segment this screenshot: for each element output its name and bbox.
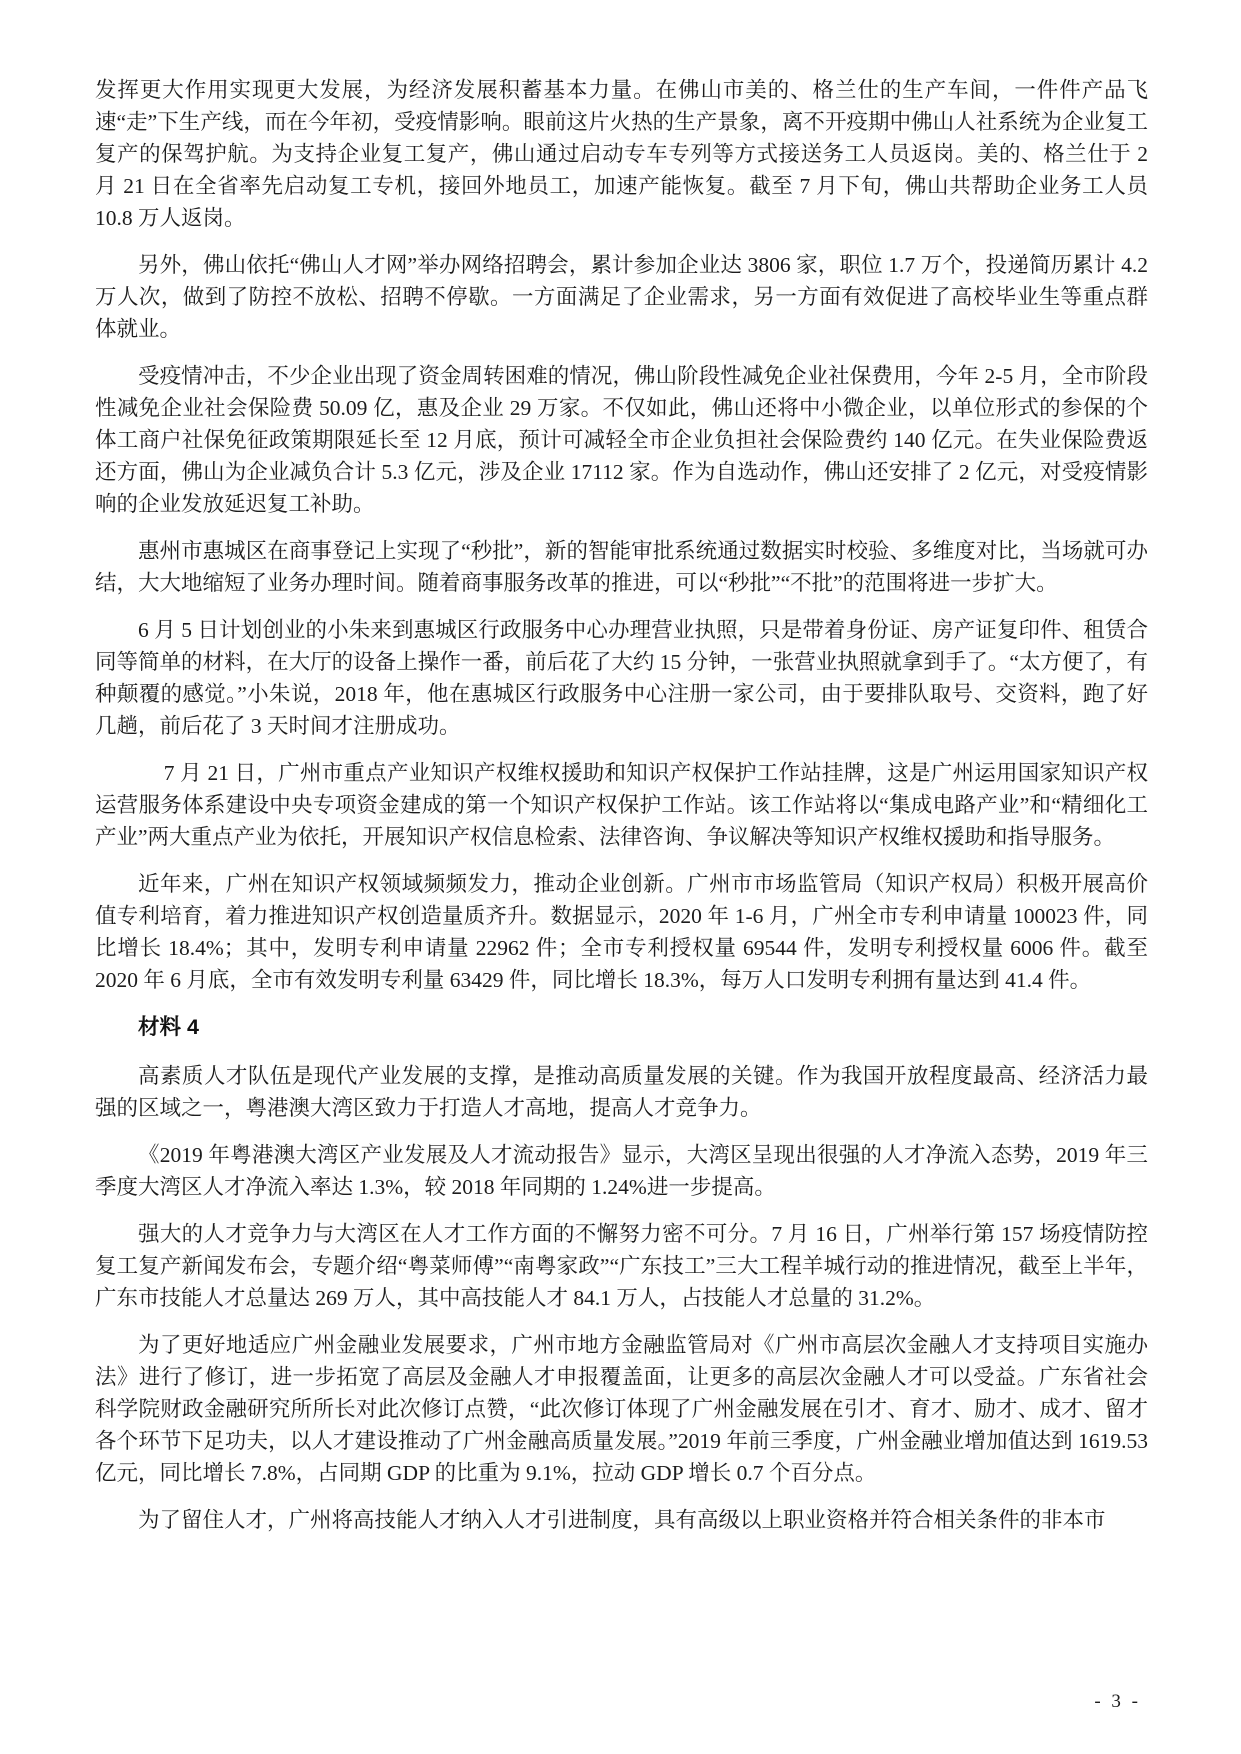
document-text-block: 发挥更大作用实现更大发展，为经济发展积蓄基本力量。在佛山市美的、格兰仕的生产车间… — [95, 74, 1148, 1536]
paragraph-foshan-return-to-work: 发挥更大作用实现更大发展，为经济发展积蓄基本力量。在佛山市美的、格兰仕的生产车间… — [95, 74, 1148, 234]
page-number: - 3 - — [1094, 1686, 1141, 1718]
paragraph-foshan-online-job-fair: 另外，佛山依托“佛山人才网”举办网络招聘会，累计参加企业达 3806 家，职位 … — [95, 249, 1148, 345]
document-page: 发挥更大作用实现更大发展，为经济发展积蓄基本力量。在佛山市美的、格兰仕的生产车间… — [0, 0, 1241, 1754]
heading-material-4: 材料 4 — [95, 1011, 1148, 1043]
paragraph-xiaozhu-business-license: 6 月 5 日计划创业的小朱来到惠城区行政服务中心办理营业执照，只是带着身份证、… — [95, 614, 1148, 742]
paragraph-foshan-social-insurance-relief: 受疫情冲击，不少企业出现了资金周转困难的情况，佛山阶段性减免企业社保费用，今年 … — [95, 360, 1148, 520]
paragraph-financial-talent-policy: 为了更好地适应广州金融业发展要求，广州市地方金融监管局对《广州市高层次金融人才支… — [95, 1329, 1148, 1489]
paragraph-greater-bay-area-talent: 高素质人才队伍是现代产业发展的支撑，是推动高质量发展的关键。作为我国开放程度最高… — [95, 1060, 1148, 1124]
paragraph-talent-retention: 为了留住人才，广州将高技能人才纳入人才引进制度，具有高级以上职业资格并符合相关条… — [95, 1504, 1148, 1536]
paragraph-guangzhou-patent-statistics: 近年来，广州在知识产权领域频频发力，推动企业创新。广州市市场监管局（知识产权局）… — [95, 868, 1148, 996]
paragraph-talent-inflow-report: 《2019 年粤港澳大湾区产业发展及人才流动报告》显示，大湾区呈现出很强的人才净… — [95, 1139, 1148, 1203]
paragraph-skilled-talent-programs: 强大的人才竞争力与大湾区在人才工作方面的不懈努力密不可分。7 月 16 日，广州… — [95, 1218, 1148, 1314]
paragraph-guangzhou-ip-workstation: 7 月 21 日，广州市重点产业知识产权维权援助和知识产权保护工作站挂牌，这是广… — [95, 757, 1148, 853]
paragraph-huizhou-instant-approval: 惠州市惠城区在商事登记上实现了“秒批”，新的智能审批系统通过数据实时校验、多维度… — [95, 535, 1148, 599]
